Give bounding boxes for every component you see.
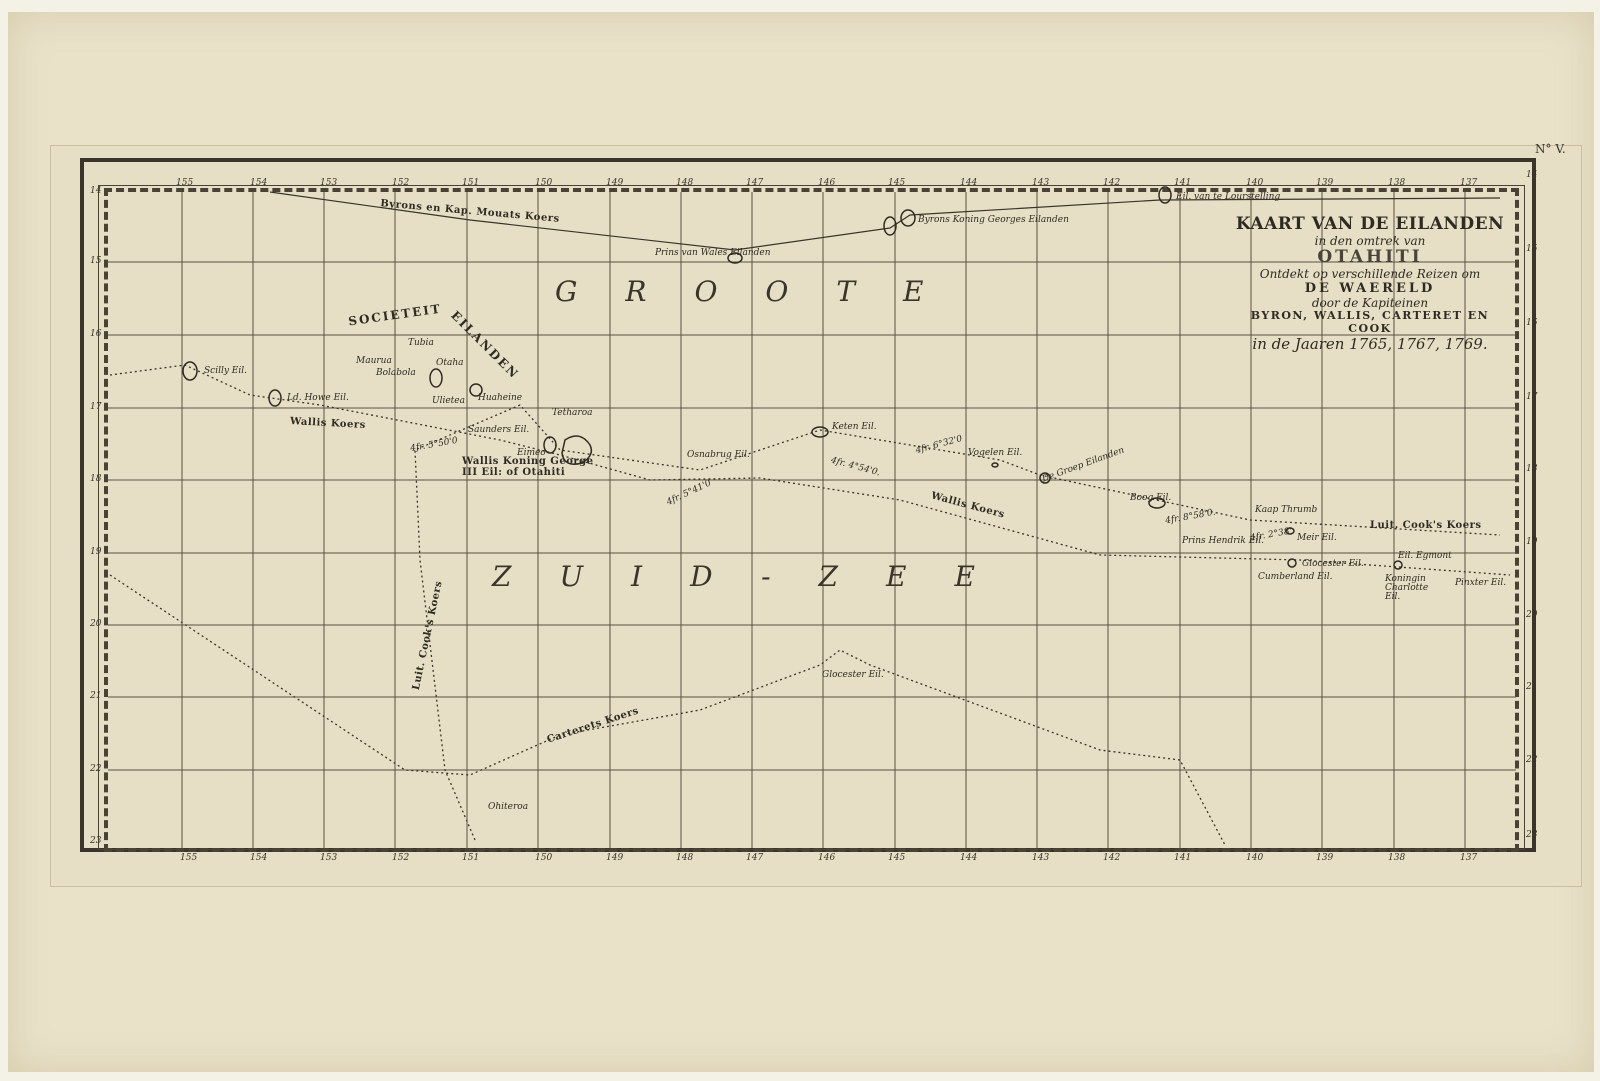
lon-tick-bottom: 152	[392, 853, 409, 863]
lat-tick-left: 14	[90, 186, 101, 196]
place-ulietea: Ulietea	[432, 396, 465, 406]
lon-tick-top: 150	[535, 178, 552, 188]
lat-tick-right: 21	[1526, 682, 1537, 692]
lon-tick-bottom: 148	[676, 853, 693, 863]
lat-tick-right: 14	[1526, 170, 1537, 180]
lon-tick-bottom: 147	[746, 853, 763, 863]
lon-tick-top: 153	[320, 178, 337, 188]
lon-tick-top: 147	[746, 178, 763, 188]
map-graticule-and-routes	[0, 0, 1600, 1081]
lat-tick-left: 20	[90, 619, 101, 629]
place-huaheine: Huaheine	[478, 393, 522, 403]
place-glocester-south: Glocester Eil.	[822, 670, 884, 680]
lon-tick-top: 155	[176, 178, 193, 188]
lon-tick-top: 151	[462, 178, 479, 188]
place-boog: Boog Eil.	[1130, 493, 1171, 503]
place-pinxter: Pinxter Eil.	[1455, 578, 1506, 588]
lat-tick-right: 17	[1526, 392, 1537, 402]
place-otaha: Otaha	[436, 358, 464, 368]
lon-tick-bottom: 153	[320, 853, 337, 863]
lon-tick-bottom: 145	[888, 853, 905, 863]
lon-tick-top: 142	[1103, 178, 1120, 188]
lon-tick-bottom: 141	[1174, 853, 1191, 863]
lat-tick-left: 21	[90, 691, 101, 701]
lon-tick-top: 143	[1032, 178, 1049, 188]
title-line-7: BYRON, WALLIS, CARTERET EN COOK	[1235, 310, 1505, 335]
title-line-3: OTAHITI	[1235, 248, 1505, 268]
place-lord-howe: Ld. Howe Eil.	[287, 393, 349, 403]
lat-tick-right: 16	[1526, 318, 1537, 328]
place-maurua: Maurua	[356, 356, 392, 366]
title-cartouche: KAART VAN DE EILANDEN in den omtrek van …	[1235, 215, 1505, 353]
place-vogelen: Vogelen Eil.	[968, 448, 1022, 458]
place-saunders: Saunders Eil.	[468, 425, 529, 435]
lon-tick-bottom: 137	[1460, 853, 1477, 863]
lon-tick-top: 139	[1316, 178, 1333, 188]
lat-tick-left: 17	[90, 402, 101, 412]
lon-tick-top: 138	[1388, 178, 1405, 188]
lon-tick-top: 144	[960, 178, 977, 188]
lat-tick-right: 18	[1526, 464, 1537, 474]
route-carteret	[110, 575, 1225, 845]
title-line-1: KAART VAN DE EILANDEN	[1235, 215, 1505, 235]
lon-tick-bottom: 143	[1032, 853, 1049, 863]
title-line-5: DE WAERELD	[1235, 282, 1505, 297]
place-keten: Keten Eil.	[832, 422, 877, 432]
title-line-8: in de Jaaren 1765, 1767, 1769.	[1235, 336, 1505, 353]
lat-tick-right: 20	[1526, 610, 1537, 620]
lon-tick-bottom: 138	[1388, 853, 1405, 863]
lon-tick-bottom: 140	[1246, 853, 1263, 863]
lon-tick-top: 141	[1174, 178, 1191, 188]
title-line-2: in den omtrek van	[1235, 235, 1505, 249]
place-eil-lourstelling: Eil. van te Lourstelling	[1176, 192, 1280, 202]
lon-tick-bottom: 144	[960, 853, 977, 863]
lon-tick-bottom: 149	[606, 853, 623, 863]
place-wallis-koning-george: Wallis Koning George	[462, 456, 594, 467]
place-tubia: Tubia	[408, 338, 434, 348]
lat-tick-right: 19	[1526, 537, 1537, 547]
lat-tick-left: 15	[90, 256, 101, 266]
lon-tick-bottom: 150	[535, 853, 552, 863]
lon-tick-top: 140	[1246, 178, 1263, 188]
route-cook	[415, 405, 1500, 840]
lon-tick-top: 148	[676, 178, 693, 188]
lat-tick-right: 23	[1526, 830, 1537, 840]
place-meir: Meir Eil.	[1297, 533, 1337, 543]
lat-tick-left: 19	[90, 547, 101, 557]
place-byrons-koning: Byrons Koning Georges Eilanden	[918, 215, 1069, 225]
lon-tick-bottom: 142	[1103, 853, 1120, 863]
place-scilly: Scilly Eil.	[204, 366, 247, 376]
lon-tick-top: 137	[1460, 178, 1477, 188]
lon-tick-top: 146	[818, 178, 835, 188]
lat-tick-left: 16	[90, 329, 101, 339]
lat-tick-right: 22	[1526, 755, 1537, 765]
place-otahiti: III Eil: of Otahiti	[462, 467, 565, 478]
place-cumberland: Cumberland Eil.	[1258, 572, 1332, 582]
lon-tick-top: 154	[250, 178, 267, 188]
place-ohiteroa: Ohiteroa	[488, 802, 528, 812]
lat-tick-right: 15	[1526, 244, 1537, 254]
title-line-4: Ontdekt op verschillende Reizen om	[1235, 268, 1505, 282]
lon-tick-bottom: 155	[180, 853, 197, 863]
lon-tick-top: 145	[888, 178, 905, 188]
title-line-6: door de Kapiteinen	[1235, 297, 1505, 311]
lat-tick-left: 18	[90, 474, 101, 484]
place-tetharoa: Tetharoa	[552, 408, 593, 418]
lon-tick-bottom: 151	[462, 853, 479, 863]
place-osnabrug: Osnabrug Eil.	[687, 450, 750, 460]
lon-tick-bottom: 154	[250, 853, 267, 863]
lon-tick-bottom: 139	[1316, 853, 1333, 863]
sea-label-zuid-zee: ZUID-ZEE	[492, 560, 1023, 593]
lat-tick-left: 23	[90, 836, 101, 846]
island-shapes	[183, 187, 1402, 569]
route-label-cook: Luit. Cook's Koers	[1370, 520, 1482, 531]
lon-tick-bottom: 146	[818, 853, 835, 863]
lat-tick-left: 22	[90, 764, 101, 774]
lon-tick-top: 149	[606, 178, 623, 188]
place-eil-egmont: Eil. Egmont	[1398, 551, 1452, 561]
place-koningin-charlotte: Koningin Charlotte Eil.	[1385, 575, 1445, 602]
place-prins-van-wales: Prins van Wales Eilanden	[655, 248, 771, 258]
place-glocester: Glocester Eil.	[1302, 559, 1364, 569]
lon-tick-top: 152	[392, 178, 409, 188]
place-bolabola: Bolabola	[376, 368, 416, 378]
sea-label-groote: GROOTE	[555, 275, 971, 308]
place-kaap-thrumb: Kaap Thrumb	[1255, 505, 1317, 515]
